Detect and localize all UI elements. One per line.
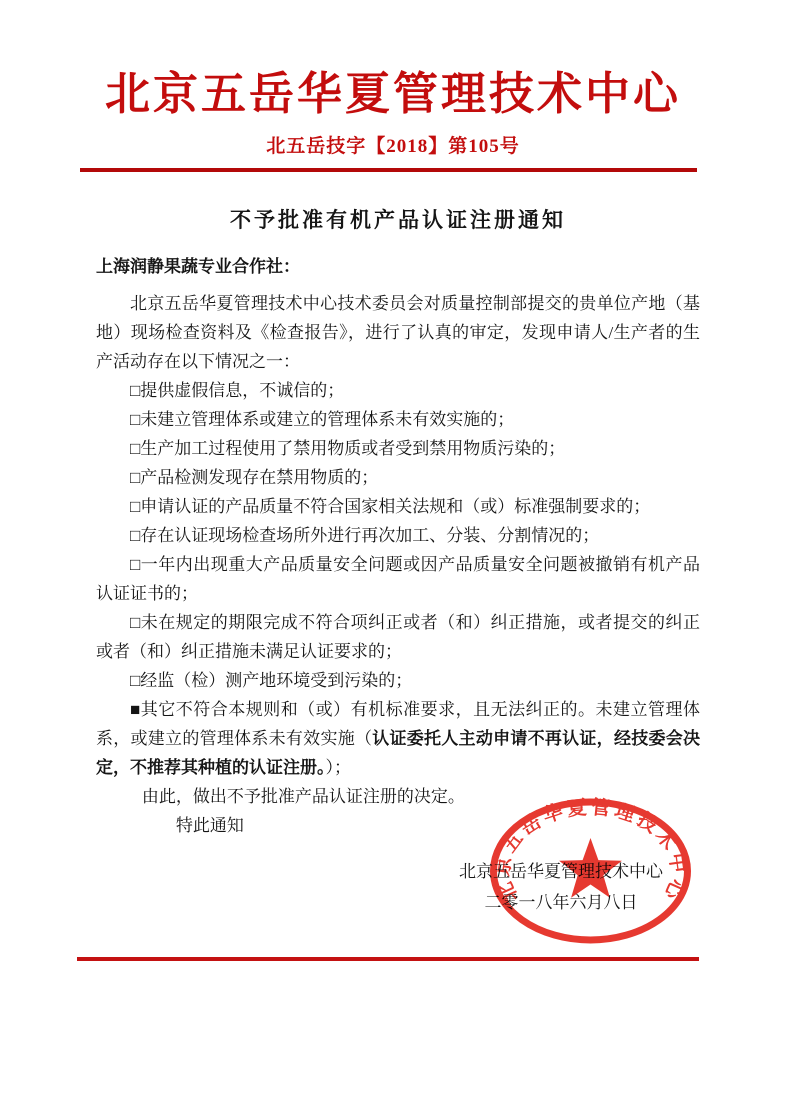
notice-title: 不予批准有机产品认证注册通知 [96,205,700,235]
signature-block: 北京五岳华夏管理技术中心 二零一八年六月八日 [451,856,671,918]
condition-text: 产品检测发现存在禁用物质的； [140,468,378,487]
condition-text: 经监（检）测产地环境受到污染的； [140,671,412,690]
condition-item: □未建立管理体系或建立的管理体系未有效实施的； [96,405,700,434]
condition-item: □未在规定的期限完成不符合项纠正或者（和）纠正措施，或者提交的纠正或者（和）纠正… [96,608,700,666]
condition-text: 申请认证的产品质量不符合国家相关法规和（或）标准强制要求的； [140,497,650,516]
org-name-heading: 北京五岳华夏管理技术中心 [0,66,786,122]
signature-org: 北京五岳华夏管理技术中心 [451,856,671,887]
condition-item: □一年内出现重大产品质量安全问题或因产品质量安全问题被撤销有机产品认证证书的； [96,550,700,608]
checkbox-unchecked-icon: □ [130,410,140,429]
footer-rule [77,957,699,961]
notice-document-page: 北京五岳华夏管理技术中心 北五岳技字【2018】第105号 不予批准有机产品认证… [0,0,786,1115]
condition-item: □存在认证现场检查场所外进行再次加工、分装、分割情况的； [96,521,700,550]
checkbox-checked-icon: ■ [130,700,141,719]
condition-text: 存在认证现场检查场所外进行再次加工、分装、分割情况的； [140,526,599,545]
condition-text: 生产加工过程使用了禁用物质或者受到禁用物质污染的； [140,439,565,458]
document-body: 不予批准有机产品认证注册通知 上海润静果蔬专业合作社： 北京五岳华夏管理技术中心… [96,205,700,840]
notice-text: 北京五岳华夏管理技术中心技术委员会对质量控制部提交的贵单位产地（基地）现场检查资… [96,289,700,840]
condition-item: □经监（检）测产地环境受到污染的； [96,666,700,695]
checkbox-unchecked-icon: □ [130,671,140,690]
condition-item-selected: ■其它不符合本规则和（或）有机标准要求，且无法纠正的。未建立管理体系，或建立的管… [96,695,700,782]
checkbox-unchecked-icon: □ [130,468,140,487]
checkbox-unchecked-icon: □ [130,526,140,545]
condition-item: □产品检测发现存在禁用物质的； [96,463,700,492]
checkbox-unchecked-icon: □ [130,497,140,516]
condition-item: □生产加工过程使用了禁用物质或者受到禁用物质污染的； [96,434,700,463]
condition-item: □提供虚假信息，不诚信的； [96,376,700,405]
checkbox-unchecked-icon: □ [130,381,140,400]
condition-text: 一年内出现重大产品质量安全问题或因产品质量安全问题被撤销有机产品认证证书的； [96,555,700,603]
condition-text: ）； [326,758,352,777]
condition-text: 未建立管理体系或建立的管理体系未有效实施的； [140,410,514,429]
checkbox-unchecked-icon: □ [130,613,141,632]
letterhead-divider-rule [80,168,697,172]
signature-date: 二零一八年六月八日 [451,887,671,918]
decision-paragraph: 由此，做出不予批准产品认证注册的决定。 [96,782,700,811]
intro-paragraph: 北京五岳华夏管理技术中心技术委员会对质量控制部提交的贵单位产地（基地）现场检查资… [96,289,700,376]
checkbox-unchecked-icon: □ [130,555,141,574]
condition-text: 提供虚假信息，不诚信的； [140,381,344,400]
closing-paragraph: 特此通知 [96,811,700,840]
condition-text: 未在规定的期限完成不符合项纠正或者（和）纠正措施，或者提交的纠正或者（和）纠正措… [96,613,700,661]
addressee: 上海润静果蔬专业合作社： [96,254,700,280]
condition-item: □申请认证的产品质量不符合国家相关法规和（或）标准强制要求的； [96,492,700,521]
checkbox-unchecked-icon: □ [130,439,140,458]
letterhead: 北京五岳华夏管理技术中心 北五岳技字【2018】第105号 [0,0,786,159]
doc-number: 北五岳技字【2018】第105号 [0,135,786,159]
